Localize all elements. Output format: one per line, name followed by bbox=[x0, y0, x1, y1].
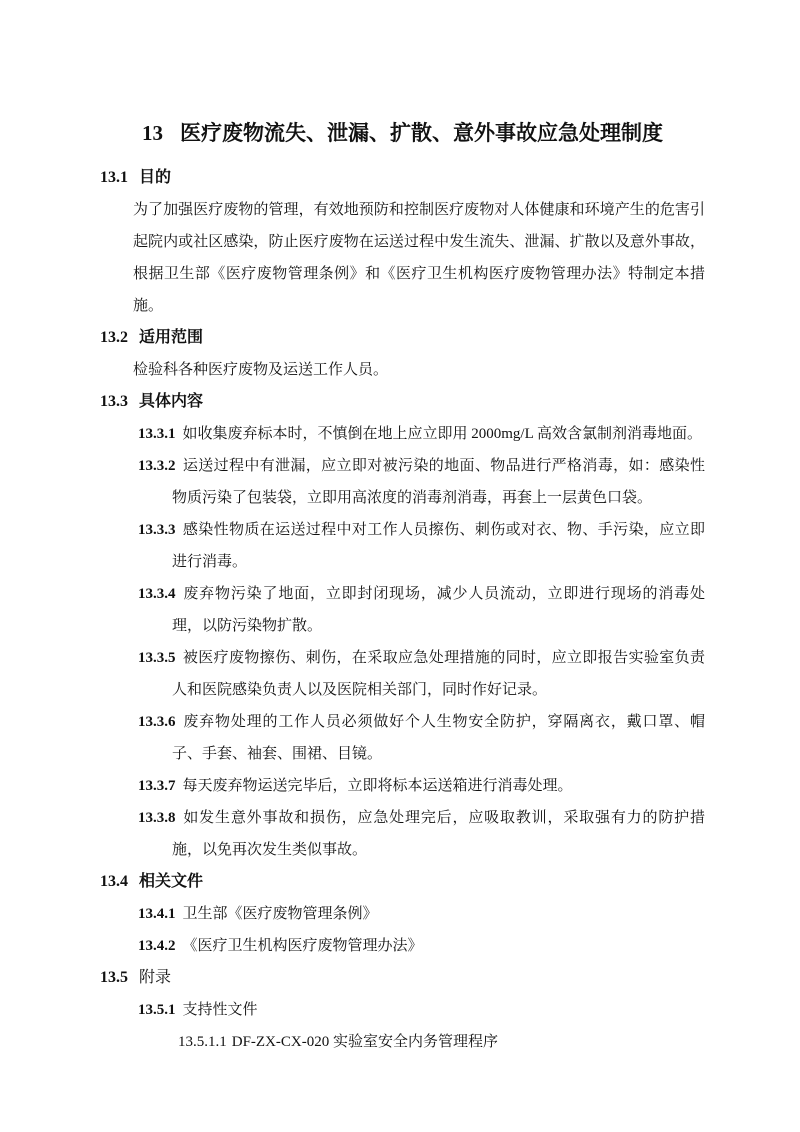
title-text: 医疗废物流失、泄漏、扩散、意外事故应急处理制度 bbox=[180, 121, 663, 145]
item-13-3-5: 13.3.5被医疗废物擦伤、刺伤，在采取应急处理措施的同时，应立即报告实验室负责… bbox=[172, 642, 705, 706]
item-13-5-1-1: 13.5.1.1DF-ZX-CX-020 实验室安全内务管理程序 bbox=[178, 1026, 705, 1058]
item-13-4-2: 13.4.2《医疗卫生机构医疗废物管理办法》 bbox=[172, 930, 705, 962]
heading-label: 具体内容 bbox=[139, 393, 203, 410]
item-text: 废弃物处理的工作人员必须做好个人生物安全防护，穿隔离衣，戴口罩、帽子、手套、袖套… bbox=[172, 714, 705, 762]
item-number: 13.3.6 bbox=[138, 714, 176, 730]
item-text: 运送过程中有泄漏，应立即对被污染的地面、物品进行严格消毒，如：感染性物质污染了包… bbox=[172, 458, 705, 506]
item-13-3-7: 13.3.7每天废弃物运送完毕后，立即将标本运送箱进行消毒处理。 bbox=[172, 770, 705, 802]
section-heading-13-4: 13.4相关文件 bbox=[100, 866, 705, 898]
item-number: 13.3.3 bbox=[138, 522, 176, 538]
heading-number: 13.3 bbox=[100, 393, 128, 410]
item-text: 每天废弃物运送完毕后，立即将标本运送箱进行消毒处理。 bbox=[183, 778, 573, 794]
heading-number: 13.5 bbox=[100, 969, 128, 986]
section-heading-13-2: 13.2适用范围 bbox=[100, 322, 705, 354]
item-13-3-8: 13.3.8如发生意外事故和损伤，应急处理完后，应吸取教训，采取强有力的防护措施… bbox=[172, 802, 705, 866]
item-number: 13.5.1.1 bbox=[178, 1034, 227, 1050]
section-heading-13-5: 13.5附录 bbox=[100, 962, 705, 994]
item-number: 13.4.1 bbox=[138, 906, 176, 922]
heading-label: 目的 bbox=[139, 169, 171, 186]
purpose-paragraph: 为了加强医疗废物的管理，有效地预防和控制医疗废物对人体健康和环境产生的危害引起院… bbox=[133, 194, 705, 322]
item-number: 13.3.4 bbox=[138, 586, 176, 602]
heading-label: 相关文件 bbox=[139, 873, 203, 890]
section-content: 13.3具体内容 13.3.1如收集废弃标本时，不慎倒在地上应立即用 2000m… bbox=[100, 386, 705, 866]
section-purpose: 13.1目的 为了加强医疗废物的管理，有效地预防和控制医疗废物对人体健康和环境产… bbox=[100, 162, 705, 322]
section-related-documents: 13.4相关文件 13.4.1卫生部《医疗废物管理条例》 13.4.2《医疗卫生… bbox=[100, 866, 705, 962]
item-number: 13.3.5 bbox=[138, 650, 176, 666]
heading-label: 附录 bbox=[139, 969, 171, 986]
section-scope: 13.2适用范围 检验科各种医疗废物及运送工作人员。 bbox=[100, 322, 705, 386]
section-heading-13-1: 13.1目的 bbox=[100, 162, 705, 194]
item-number: 13.3.8 bbox=[138, 810, 176, 826]
item-number: 13.3.7 bbox=[138, 778, 176, 794]
item-13-3-1: 13.3.1如收集废弃标本时，不慎倒在地上应立即用 2000mg/L 高效含氯制… bbox=[172, 418, 705, 450]
heading-number: 13.1 bbox=[100, 169, 128, 186]
item-text: 卫生部《医疗废物管理条例》 bbox=[183, 906, 378, 922]
item-text: 支持性文件 bbox=[183, 1002, 258, 1018]
item-13-5-1: 13.5.1支持性文件 bbox=[172, 994, 705, 1026]
heading-number: 13.2 bbox=[100, 329, 128, 346]
scope-paragraph: 检验科各种医疗废物及运送工作人员。 bbox=[133, 354, 705, 386]
item-number: 13.3.2 bbox=[138, 458, 176, 474]
item-number: 13.5.1 bbox=[138, 1002, 176, 1018]
item-13-3-6: 13.3.6废弃物处理的工作人员必须做好个人生物安全防护，穿隔离衣，戴口罩、帽子… bbox=[172, 706, 705, 770]
item-number: 13.3.1 bbox=[138, 426, 176, 442]
item-text: 如收集废弃标本时，不慎倒在地上应立即用 2000mg/L 高效含氯制剂消毒地面。 bbox=[183, 426, 702, 442]
document-page: 13医疗废物流失、泄漏、扩散、意外事故应急处理制度 13.1目的 为了加强医疗废… bbox=[0, 0, 800, 1132]
item-13-3-2: 13.3.2运送过程中有泄漏，应立即对被污染的地面、物品进行严格消毒，如：感染性… bbox=[172, 450, 705, 514]
item-13-3-3: 13.3.3感染性物质在运送过程中对工作人员擦伤、刺伤或对衣、物、手污染，应立即… bbox=[172, 514, 705, 578]
item-13-4-1: 13.4.1卫生部《医疗废物管理条例》 bbox=[172, 898, 705, 930]
document-title: 13医疗废物流失、泄漏、扩散、意外事故应急处理制度 bbox=[100, 118, 705, 149]
heading-label: 适用范围 bbox=[139, 329, 203, 346]
heading-number: 13.4 bbox=[100, 873, 128, 890]
section-appendix: 13.5附录 13.5.1支持性文件 13.5.1.1DF-ZX-CX-020 … bbox=[100, 962, 705, 1058]
item-text: 如发生意外事故和损伤，应急处理完后，应吸取教训，采取强有力的防护措施，以免再次发… bbox=[172, 810, 705, 858]
section-heading-13-3: 13.3具体内容 bbox=[100, 386, 705, 418]
item-text: DF-ZX-CX-020 实验室安全内务管理程序 bbox=[232, 1034, 498, 1050]
item-13-3-4: 13.3.4废弃物污染了地面，立即封闭现场，减少人员流动，立即进行现场的消毒处理… bbox=[172, 578, 705, 642]
item-text: 感染性物质在运送过程中对工作人员擦伤、刺伤或对衣、物、手污染，应立即进行消毒。 bbox=[172, 522, 705, 570]
item-text: 废弃物污染了地面，立即封闭现场，减少人员流动，立即进行现场的消毒处理，以防污染物… bbox=[172, 586, 705, 634]
item-number: 13.4.2 bbox=[138, 938, 176, 954]
title-number: 13 bbox=[142, 121, 163, 145]
item-text: 《医疗卫生机构医疗废物管理办法》 bbox=[183, 938, 423, 954]
item-text: 被医疗废物擦伤、刺伤，在采取应急处理措施的同时，应立即报告实验室负责人和医院感染… bbox=[172, 650, 705, 698]
